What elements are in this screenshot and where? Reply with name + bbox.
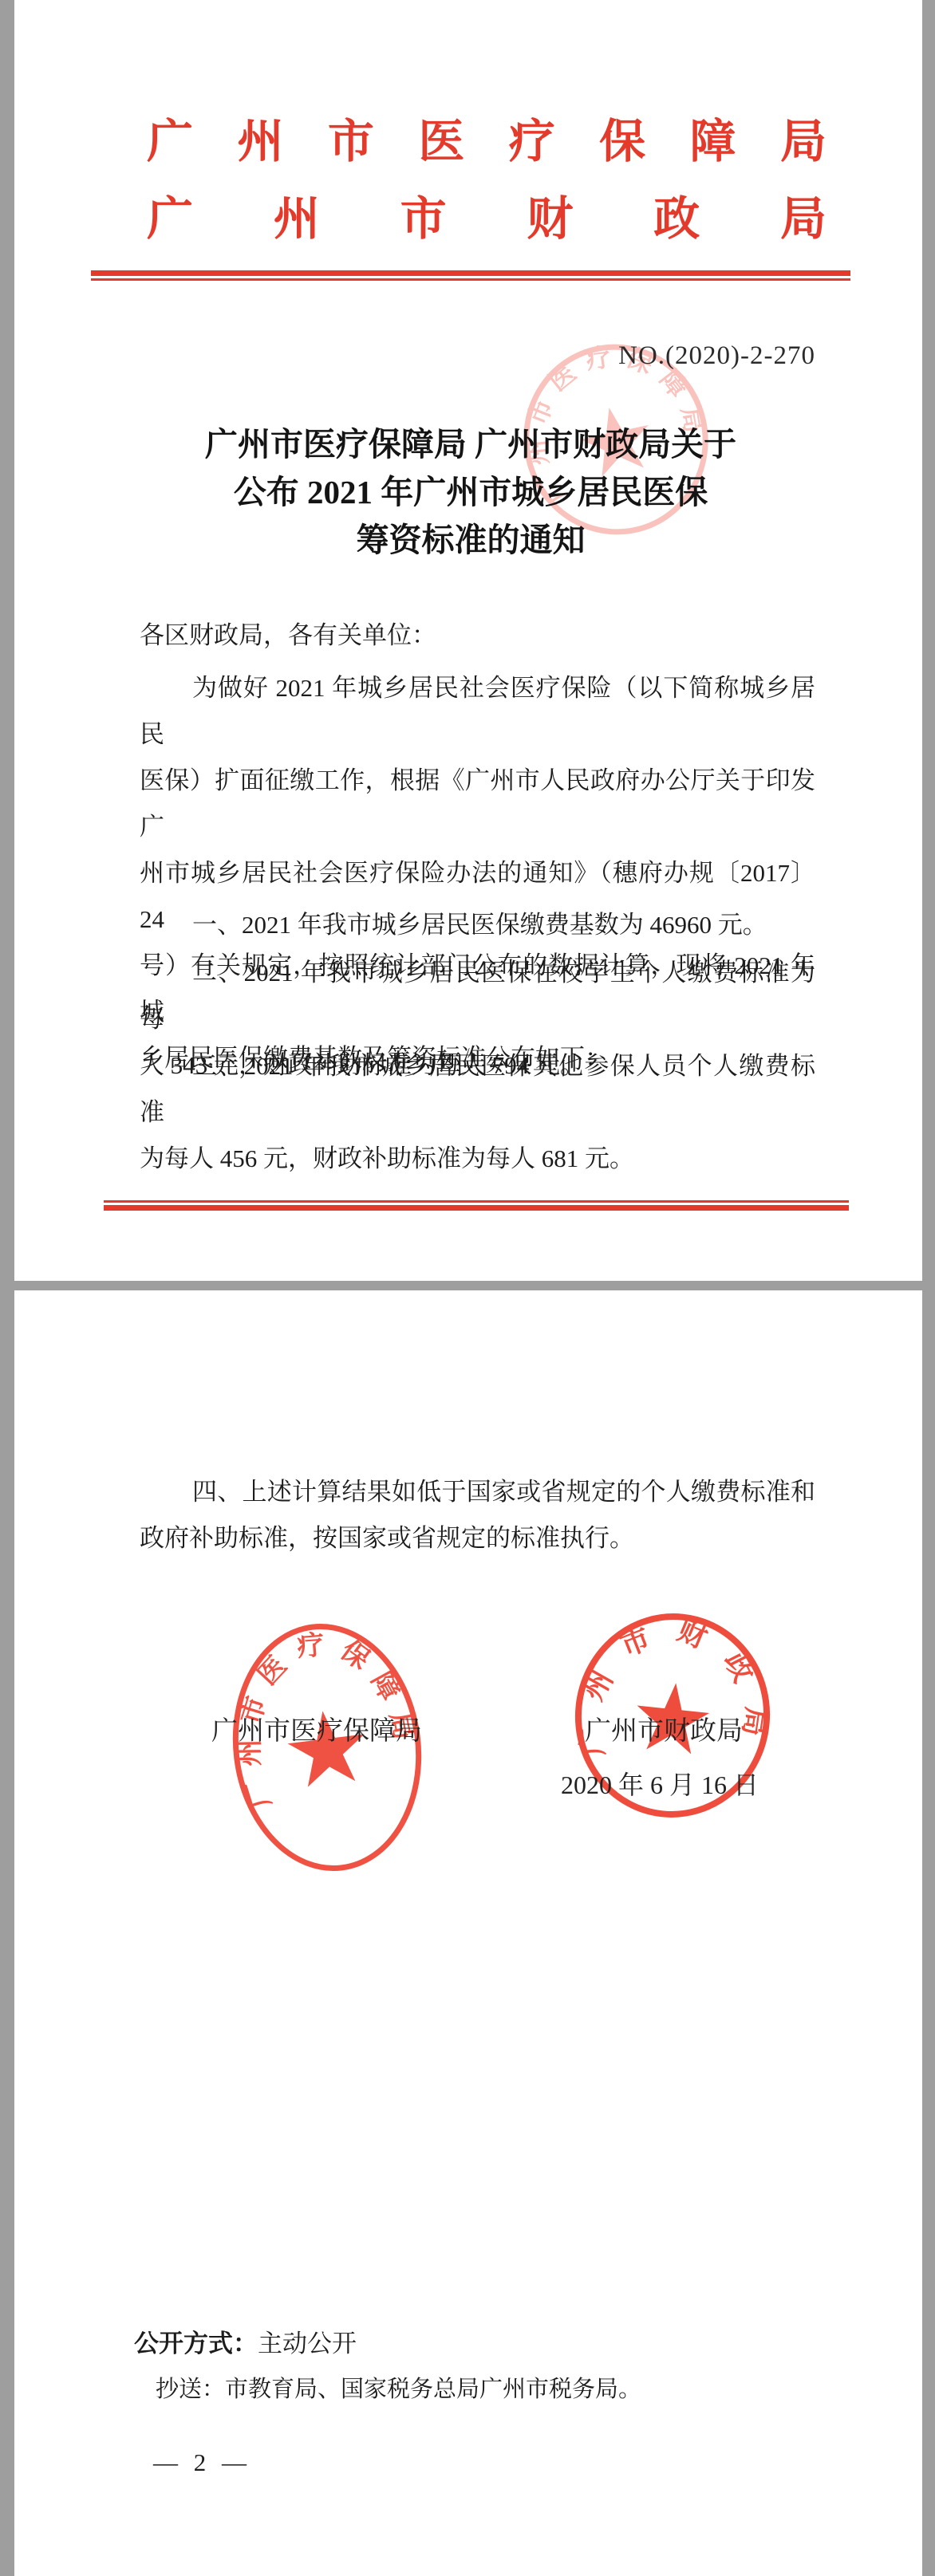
letterhead-character: 障 bbox=[690, 114, 736, 170]
text-line: 一、2021 年我市城乡居民医保缴费基数为 46960 元。 bbox=[140, 902, 815, 948]
publicity-method-line: 公开方式：主动公开 bbox=[134, 2323, 357, 2359]
letterhead-character: 州 bbox=[274, 191, 320, 247]
finance-bureau-signature: 广州市财政局 bbox=[585, 1715, 743, 1747]
publicity-method-label: 公开方式： bbox=[134, 2330, 258, 2357]
letterhead-character: 政 bbox=[653, 191, 700, 247]
paragraph-item-4: 四、上述计算结果如低于国家或省规定的个人缴费标准和政府补助标准，按国家或省规定的… bbox=[140, 1469, 815, 1562]
text-line: 政府补助标准，按国家或省规定的标准执行。 bbox=[140, 1515, 815, 1562]
text-line: 为做好 2021 年城乡居民社会医疗保险（以下简称城乡居民 bbox=[140, 665, 815, 758]
scanned-document-viewer: { "colors": { "accent_red": "#e43a2b", "… bbox=[0, 0, 935, 2576]
letterhead-character: 市 bbox=[328, 114, 374, 170]
salutation-line: 各区财政局，各有关单位： bbox=[140, 612, 815, 659]
medical-bureau-signature: 广州市医疗保障局 bbox=[211, 1715, 422, 1747]
text-line: 医保）扩面征缴工作，根据《广州市人民政府办公厅关于印发广 bbox=[140, 758, 815, 850]
text-line: 三、2021 年我市城乡居民医保其他参保人员个人缴费标准 bbox=[140, 1043, 815, 1136]
text-line: 为每人 456 元，财政补助标准为每人 681 元。 bbox=[140, 1136, 815, 1182]
title-line: 广州市医疗保障局 广州市财政局关于 bbox=[125, 420, 816, 468]
letterhead-character: 广 bbox=[147, 114, 193, 170]
document-page-1: 广州市医疗保障局 广州市财政局 广州市医疗保障局 NO.(2020)-2-270… bbox=[14, 0, 922, 1281]
footer-divider-rule bbox=[104, 1200, 849, 1211]
rule-thick-line bbox=[91, 270, 850, 276]
letterhead-character: 市 bbox=[400, 191, 447, 247]
letterhead-character: 疗 bbox=[509, 114, 555, 170]
paragraph-item-3: 三、2021 年我市城乡居民医保其他参保人员个人缴费标准为每人 456 元，财政… bbox=[140, 1043, 815, 1182]
medical-bureau-stamp: 广州市医疗保障局 bbox=[227, 1620, 427, 1875]
letterhead-character: 广 bbox=[147, 191, 193, 247]
title-line: 公布 2021 年广州市城乡居民医保 bbox=[125, 468, 816, 516]
letterhead-character: 保 bbox=[599, 114, 645, 170]
document-title: 广州市医疗保障局 广州市财政局关于公布 2021 年广州市城乡居民医保筹资标准的… bbox=[125, 420, 816, 564]
paragraph-item-1: 一、2021 年我市城乡居民医保缴费基数为 46960 元。 bbox=[140, 902, 815, 948]
title-line: 筹资标准的通知 bbox=[125, 516, 816, 564]
rule-thick-line bbox=[104, 1205, 849, 1211]
page-number: — 2 — bbox=[153, 2448, 251, 2477]
document-page-2: 四、上述计算结果如低于国家或省规定的个人缴费标准和政府补助标准，按国家或省规定的… bbox=[14, 1290, 922, 2576]
text-line: 四、上述计算结果如低于国家或省规定的个人缴费标准和 bbox=[140, 1469, 815, 1515]
letterhead-character: 局 bbox=[780, 191, 827, 247]
rule-thin-line bbox=[91, 278, 850, 281]
header-divider-rule bbox=[91, 270, 850, 281]
letterhead-line-finance-bureau: 广州市财政局 bbox=[147, 191, 827, 247]
text-line: 二、2021 年我市城乡居民医保在校学生个人缴费标准为每 bbox=[140, 950, 815, 1042]
signature-date: 2020 年 6 月 16 日 bbox=[561, 1765, 776, 1802]
letterhead-line-medical-bureau: 广州市医疗保障局 bbox=[147, 114, 827, 170]
carbon-copy-line: 抄送：市教育局、国家税务总局广州市税务局。 bbox=[156, 2371, 641, 2404]
document-number: NO.(2020)-2-270 bbox=[413, 341, 815, 371]
letterhead-character: 州 bbox=[237, 114, 283, 170]
letterhead-character: 医 bbox=[418, 114, 464, 170]
letterhead-character: 局 bbox=[780, 114, 827, 170]
publicity-method-value: 主动公开 bbox=[258, 2330, 357, 2357]
letterhead-character: 财 bbox=[527, 191, 573, 247]
